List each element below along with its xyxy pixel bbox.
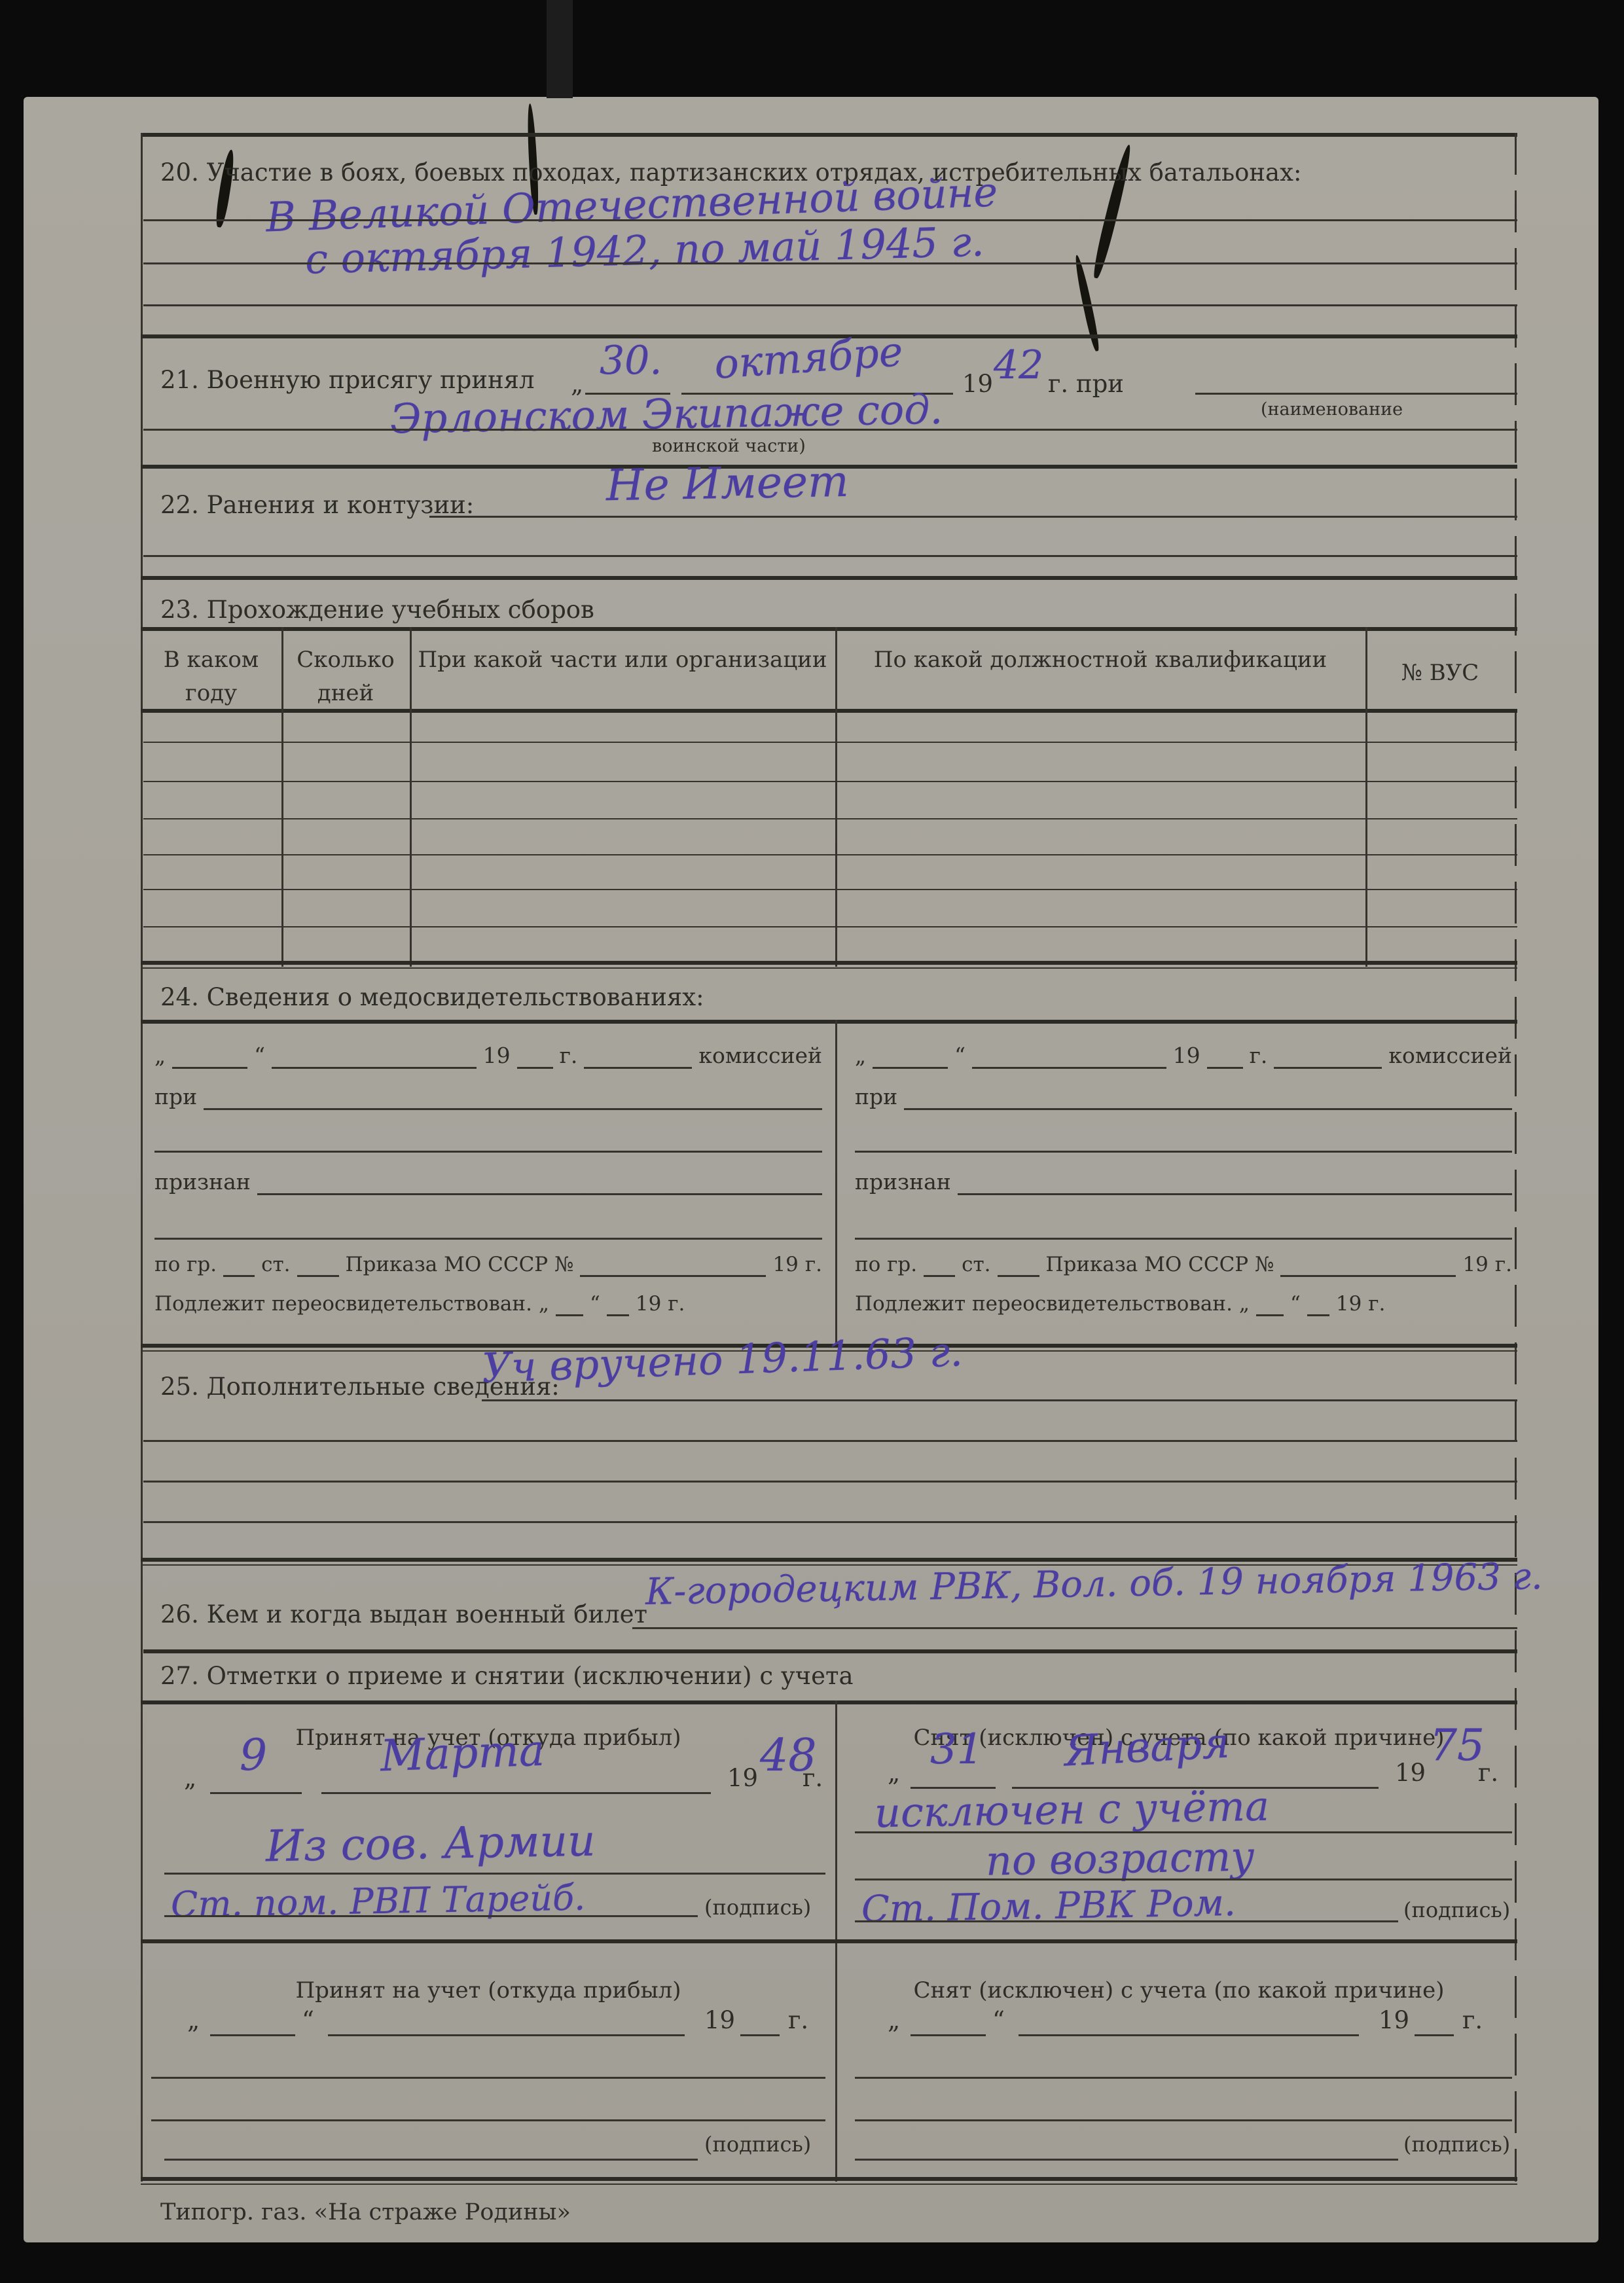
year-suffix: г.: [668, 1292, 685, 1316]
form-line: [143, 304, 1517, 306]
table-column-divider: [1365, 627, 1367, 967]
blank-line: [972, 1041, 1166, 1069]
blank-line: [154, 1151, 822, 1153]
section-divider: [141, 576, 1517, 580]
form-line: [143, 1481, 1517, 1483]
form-right-border: [1515, 133, 1517, 2182]
year-prefix: 19: [1379, 2007, 1409, 2035]
item23-col-days: Сколько дней: [281, 643, 410, 710]
blank-line: [272, 1041, 477, 1069]
open-quote: „: [888, 1759, 900, 1788]
table-column-divider: [410, 627, 412, 967]
blank-line: [1274, 1041, 1382, 1069]
med-resurvey-line: Подлежит переосвидетельствован. „ “ 19 г…: [154, 1285, 822, 1316]
po-gr-label: по гр.: [154, 1253, 217, 1277]
signature-label: (подпись): [704, 2132, 811, 2157]
blank-line: [328, 2034, 685, 2036]
item21-caption-unit: воинской части): [652, 436, 806, 456]
med-recognized-line: признан: [154, 1164, 822, 1195]
blank-line: [904, 1082, 1512, 1110]
form-line: [143, 1440, 1517, 1442]
med-resurvey-line: Подлежит переосвидетельствован. „ “ 19 г…: [855, 1285, 1512, 1316]
blank-line: [1019, 2034, 1359, 2036]
blank-line: [172, 1041, 247, 1069]
open-quote: „: [855, 1043, 866, 1069]
blank-line: [1415, 2034, 1454, 2036]
signature-label: (подпись): [704, 1896, 811, 1920]
blank-line: [556, 1288, 583, 1316]
blank-line: [429, 516, 1517, 518]
accept-hw-month: Марта: [380, 1725, 546, 1782]
med-date-line: „ “ 19 г. комиссией: [154, 1037, 822, 1069]
blank-line: [1307, 1288, 1329, 1316]
signature-line: [855, 2159, 1398, 2161]
table-row-line: [143, 742, 1517, 743]
close-quote: “: [954, 1043, 965, 1069]
recognized-label: признан: [154, 1169, 251, 1195]
block-top-border: [141, 1020, 1517, 1024]
item22-label: 22. Ранения и контузии:: [160, 492, 474, 520]
form-line: [143, 1649, 1517, 1653]
recognized-label: признан: [855, 1169, 951, 1195]
form-line: [855, 2119, 1512, 2121]
year-prefix: 19: [1336, 1292, 1362, 1316]
form-line: [143, 429, 1517, 431]
prikaz-label: Приказа МО СССР №: [346, 1253, 574, 1277]
form-line: [143, 555, 1517, 557]
year-prefix: 19: [727, 1765, 758, 1793]
blank-line: [223, 1249, 255, 1277]
med-order-line: по гр. ст. Приказа МО СССР № 19 г.: [855, 1246, 1512, 1277]
block-column-divider: [835, 1020, 837, 1344]
form-top-border: [141, 133, 1517, 137]
remove-hw-year: 75: [1430, 1720, 1485, 1771]
item26-label: 26. Кем и когда выдан военный билет: [160, 1601, 647, 1629]
accept-hw-from: Из сов. Армии: [265, 1816, 596, 1872]
at-label: при: [154, 1084, 197, 1110]
form-line: [855, 2077, 1512, 2079]
item23-col-unit: При какой части или организации: [410, 643, 835, 677]
year-suffix: г.: [805, 1253, 822, 1277]
med-recognized-line: признан: [855, 1164, 1512, 1195]
item21-year-prefix: 19: [962, 370, 993, 399]
blank-line: [855, 1151, 1512, 1153]
form-bottom-border-2: [141, 2184, 1517, 2185]
open-quote: „: [539, 1292, 549, 1316]
blank-line: [1280, 1249, 1456, 1277]
item27-label: 27. Отметки о приеме и снятии (исключени…: [160, 1663, 854, 1691]
remove-hw-reason2: по возрасту: [985, 1832, 1255, 1884]
po-gr-label: по гр.: [855, 1253, 917, 1277]
close-quote: “: [254, 1043, 265, 1069]
blank-line: [580, 1249, 766, 1277]
remove-hw-signature: Ст. Пом. РВК Ром.: [861, 1882, 1236, 1931]
table-row-line: [143, 781, 1517, 782]
blank-line: [855, 1238, 1512, 1240]
blank-line: [1256, 1288, 1284, 1316]
accept-header: Принят на учет (откуда прибыл): [151, 1974, 825, 2007]
signature-line: [855, 1920, 1398, 1922]
blank-line: [204, 1082, 822, 1110]
year-prefix: 19: [483, 1043, 511, 1069]
table-column-divider: [281, 627, 283, 967]
table-row-line: [143, 818, 1517, 819]
blank-line: [632, 1627, 1517, 1629]
blank-line: [154, 1238, 822, 1240]
table-top-border: [141, 627, 1517, 631]
form-left-border: [141, 133, 143, 2182]
remove-hw-day: 31: [930, 1725, 983, 1774]
at-label: при: [855, 1084, 897, 1110]
blank-line: [210, 2034, 295, 2036]
year-suffix: г.: [1368, 1292, 1385, 1316]
med-at-line: при: [855, 1079, 1512, 1110]
blank-line: [482, 1399, 1517, 1401]
item22-handwriting: Не Имеет: [605, 456, 849, 511]
close-quote: “: [992, 2007, 1005, 2035]
table-bottom-border-2: [141, 967, 1517, 969]
blank-line: [257, 1167, 822, 1195]
table-row-line: [143, 926, 1517, 927]
table-row-line: [143, 889, 1517, 890]
blank-line: [873, 1041, 948, 1069]
accept-hw-signature: Ст. пом. РВП Тарейб.: [170, 1877, 585, 1925]
commission-label: комиссией: [698, 1043, 822, 1069]
item24-label: 24. Сведения о медосвидетельствованиях:: [160, 984, 704, 1012]
blank-line: [740, 2034, 780, 2036]
year-suffix: г.: [803, 1765, 823, 1793]
print-shop-footer: Типогр. газ. «На страже Родины»: [160, 2199, 571, 2225]
blank-line: [1207, 1041, 1243, 1069]
blank-line: [517, 1041, 553, 1069]
table-row-divider: [141, 1939, 1517, 1943]
table-bottom-border: [141, 961, 1517, 965]
table-column-divider: [835, 627, 837, 967]
form-line: [164, 1873, 825, 1875]
signature-label: (подпись): [1403, 1898, 1510, 1922]
year-prefix: 19: [772, 1253, 798, 1277]
item23-col-qualification: По какой должностной квалификации: [835, 643, 1365, 677]
blank-line: [584, 1041, 692, 1069]
item23-col-year: В каком году: [141, 643, 281, 710]
form-line: [143, 1521, 1517, 1523]
year-prefix: 19: [704, 2007, 735, 2035]
blank-line: [297, 1249, 339, 1277]
blank-line: [1195, 393, 1517, 395]
med-date-line: „ “ 19 г. комиссией: [855, 1037, 1512, 1069]
year-suffix: г.: [1250, 1043, 1268, 1069]
remove-hw-month: Января: [1063, 1719, 1231, 1776]
resurvey-label: Подлежит переосвидетельствован.: [855, 1292, 1233, 1316]
close-quote: “: [590, 1292, 600, 1316]
year-suffix: г.: [1495, 1253, 1512, 1277]
remove-header: Снят (исключен) с учета (по какой причин…: [845, 1974, 1513, 2007]
close-quote: “: [1290, 1292, 1301, 1316]
year-suffix: г.: [788, 2007, 808, 2035]
form-line: [151, 2077, 825, 2079]
scan-background: 20. Участие в боях, боевых походах, парт…: [0, 0, 1624, 2283]
med-at-line: при: [154, 1079, 822, 1110]
blank-line: [210, 1792, 302, 1794]
item25-handwriting: Уч вручено 19.11.63 г.: [481, 1327, 964, 1392]
open-quote: „: [888, 2007, 900, 2035]
form-line: [143, 262, 1517, 264]
blank-line: [607, 1288, 629, 1316]
accept-hw-day: 9: [240, 1730, 267, 1780]
year-suffix: г.: [1478, 1759, 1498, 1788]
item23-col-vus: № ВУС: [1365, 656, 1515, 690]
table-header-border: [141, 709, 1517, 713]
blank-line: [958, 1167, 1512, 1195]
resurvey-label: Подлежит переосвидетельствован.: [154, 1292, 532, 1316]
prikaz-label: Приказа МО СССР №: [1046, 1253, 1274, 1277]
table-row-line: [143, 854, 1517, 855]
year-prefix: 19: [1173, 1043, 1200, 1069]
item21-after-year: г. при: [1048, 370, 1124, 399]
close-quote: “: [302, 2007, 314, 2035]
blank-line: [998, 1249, 1039, 1277]
blank-line: [924, 1249, 955, 1277]
item21-handwriting-year: 42: [994, 342, 1043, 388]
blank-line: [321, 1792, 711, 1794]
open-quote: „: [184, 1765, 196, 1793]
open-quote: „: [187, 2007, 200, 2035]
med-order-line: по гр. ст. Приказа МО СССР № 19 г.: [154, 1246, 822, 1277]
table-top-border: [141, 1700, 1517, 1704]
form-line: [151, 2119, 825, 2121]
document-card: 20. Участие в боях, боевых походах, парт…: [24, 97, 1598, 2242]
year-prefix: 19: [1395, 1759, 1426, 1788]
blank-line: [911, 2034, 986, 2036]
item21-handwriting-day: 30.: [600, 338, 662, 384]
signature-line: [164, 1915, 698, 1917]
item23-label: 23. Прохождение учебных сборов: [160, 596, 594, 624]
form-line: [855, 1879, 1512, 1880]
st-label: ст.: [962, 1253, 990, 1277]
open-quote: „: [154, 1043, 166, 1069]
open-quote: „: [1239, 1292, 1250, 1316]
form-bottom-border: [141, 2177, 1517, 2181]
year-prefix: 19: [1462, 1253, 1488, 1277]
year-suffix: г.: [560, 1043, 578, 1069]
year-prefix: 19: [636, 1292, 661, 1316]
item21-caption-name: (наименование: [1261, 399, 1403, 420]
st-label: ст.: [261, 1253, 290, 1277]
item21-label: 21. Военную присягу принял: [160, 367, 535, 395]
signature-line: [164, 2159, 698, 2161]
remove-hw-reason1: исключен с учёта: [874, 1782, 1269, 1837]
signature-label: (подпись): [1403, 2132, 1510, 2157]
year-suffix: г.: [1462, 2007, 1483, 2035]
item21-handwriting-unit: Эрлонском Экипаже сод.: [389, 386, 943, 443]
commission-label: комиссией: [1388, 1043, 1512, 1069]
